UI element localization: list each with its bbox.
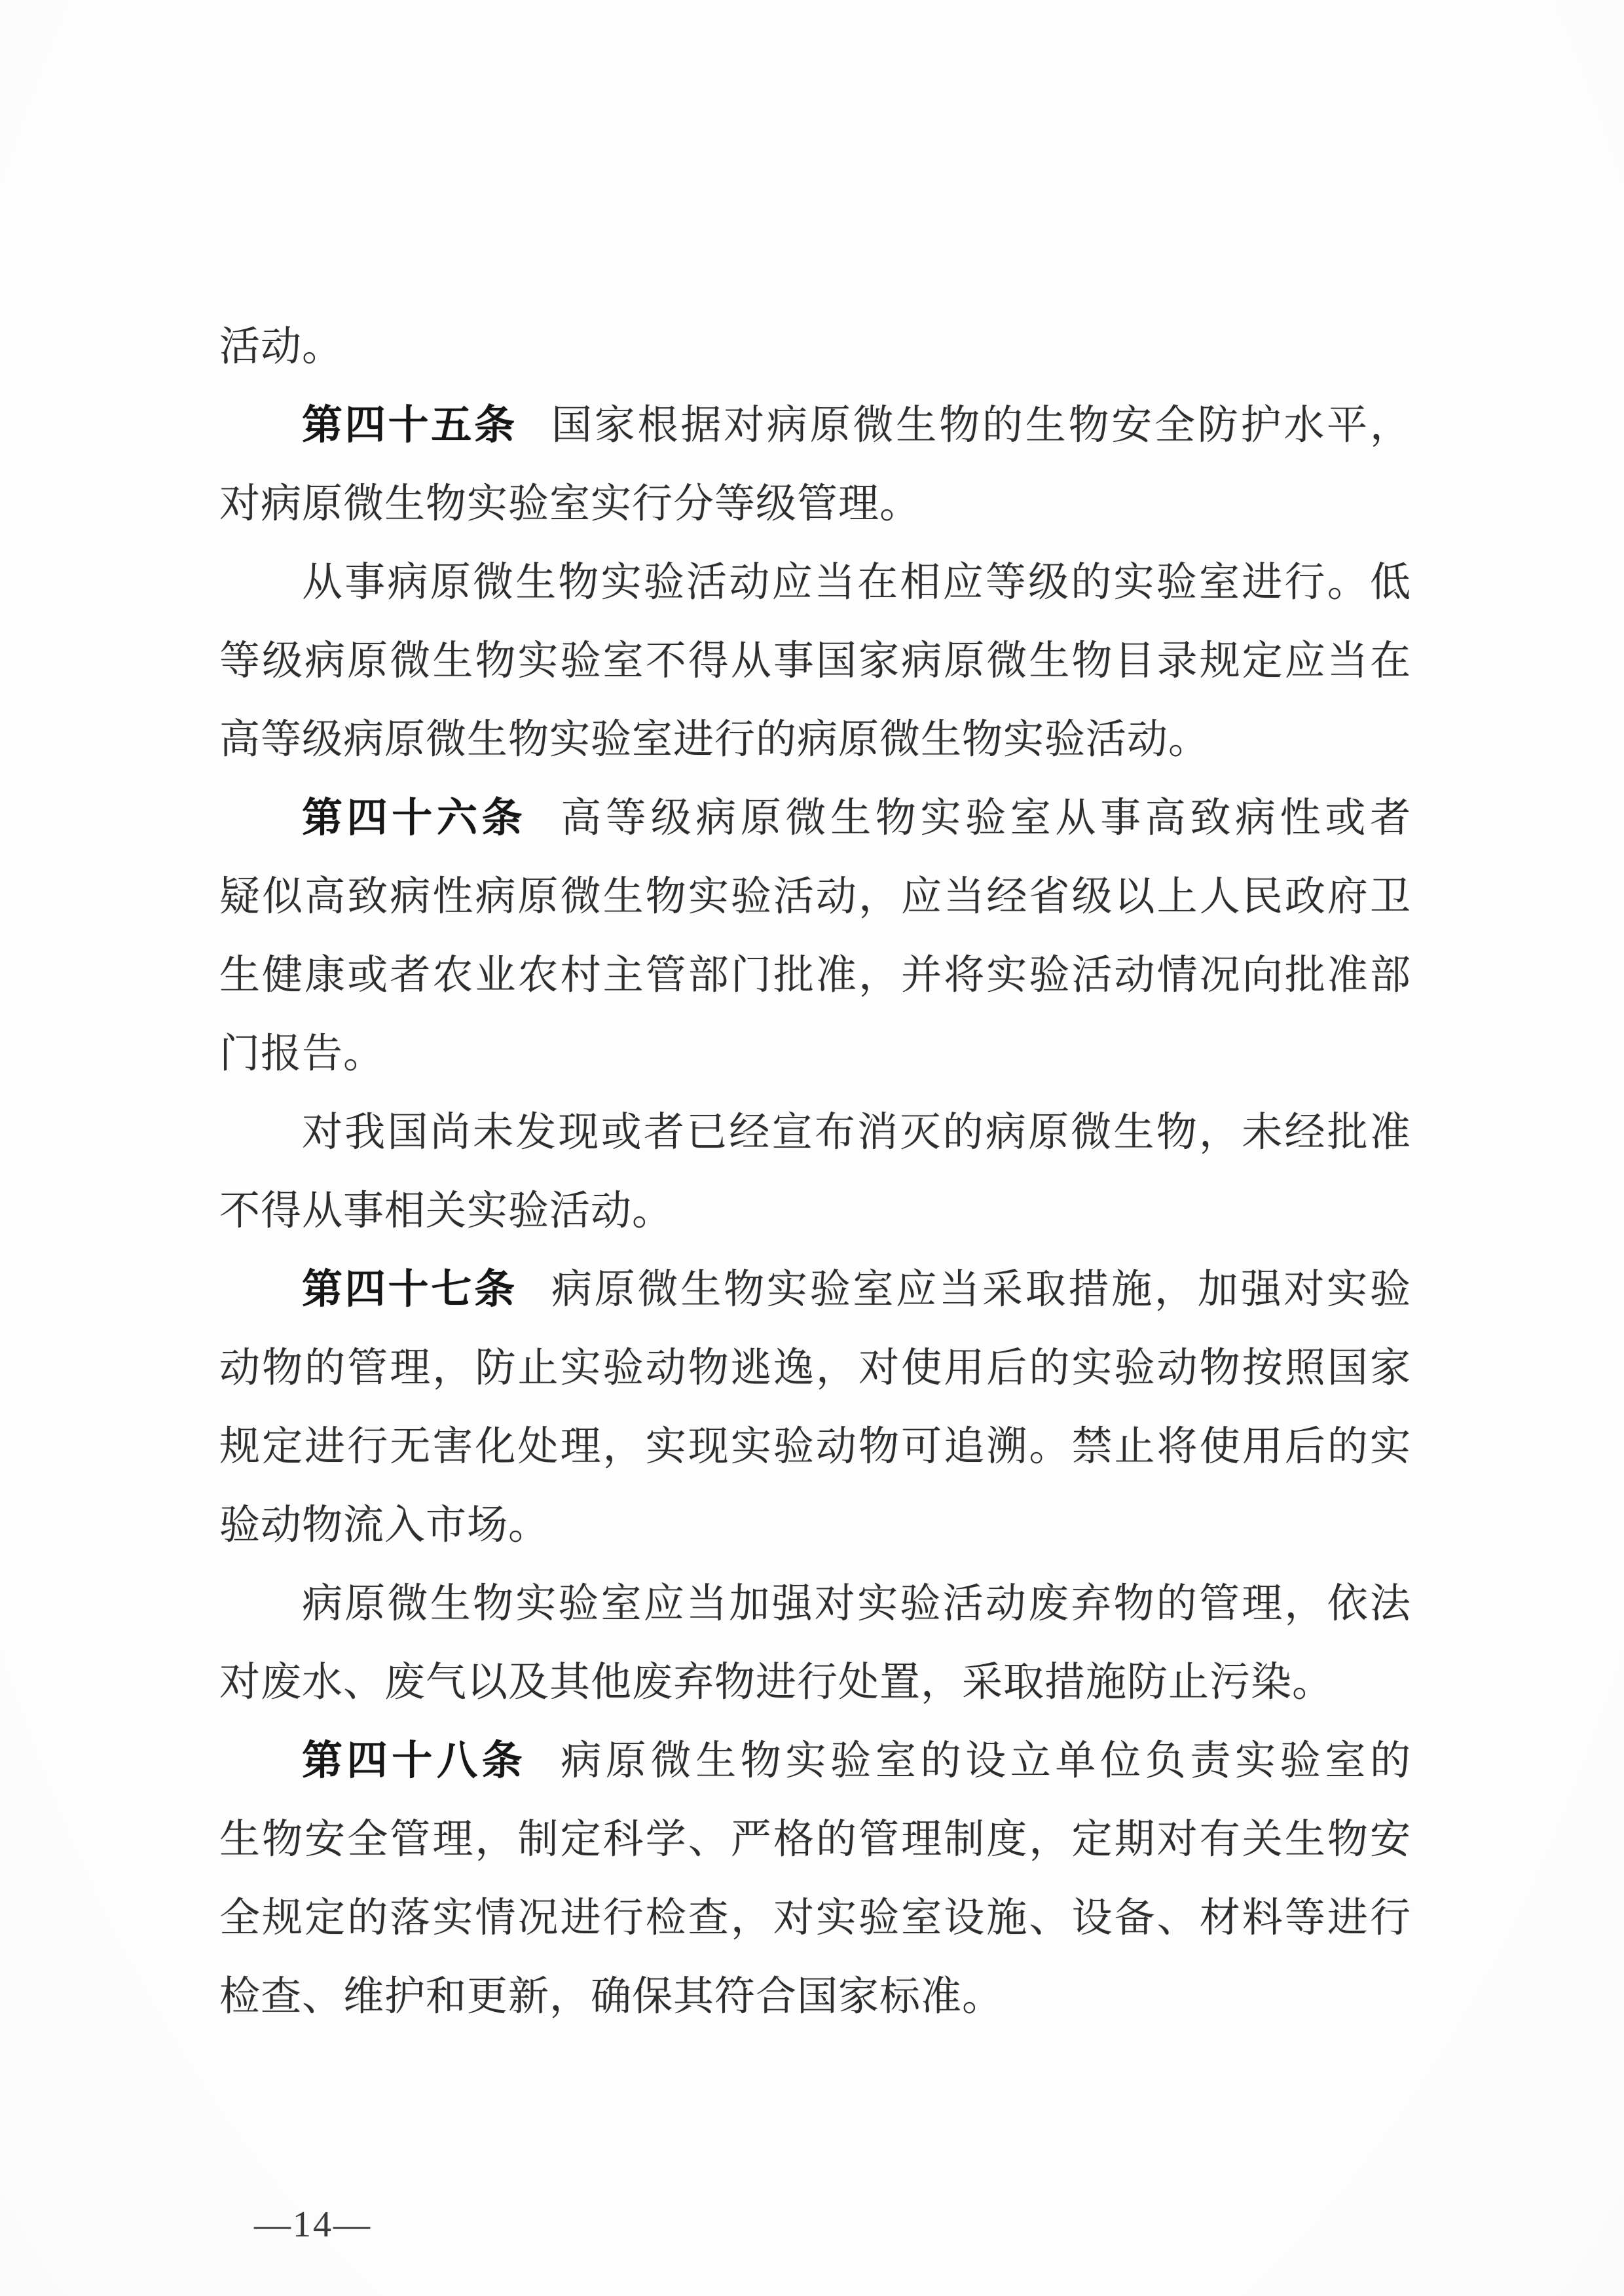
text-line: 病原微生物实验室应当加强对实验活动废弃物的管理，依法 xyxy=(219,1565,1411,1643)
text-line: 生健康或者农业农村主管部门批准，并将实验活动情况向批准部 xyxy=(219,936,1411,1015)
page-number: —14— xyxy=(254,2198,372,2251)
line-text: 验动物流入市场。 xyxy=(219,1503,549,1548)
text-line: 活动。 xyxy=(219,308,1411,386)
text-line: 生物安全管理，制定科学、严格的管理制度，定期对有关生物安 xyxy=(219,1800,1411,1879)
text-line: 验动物流入市场。 xyxy=(219,1486,1411,1565)
line-text: 动物的管理，防止实验动物逃逸，对使用后的实验动物按照国家 xyxy=(219,1346,1411,1391)
text-line: 对病原微生物实验室实行分等级管理。 xyxy=(219,465,1411,543)
article-heading: 第四十五条 xyxy=(302,403,517,448)
line-text: 对病原微生物实验室实行分等级管理。 xyxy=(219,482,921,526)
text-line: 第四十七条病原微生物实验室应当采取措施，加强对实验 xyxy=(219,1250,1411,1329)
line-text: 高等级病原微生物实验室从事高致病性或者 xyxy=(561,796,1411,841)
text-line: 第四十五条国家根据对病原微生物的生物安全防护水平， xyxy=(219,386,1411,465)
line-text: 国家根据对病原微生物的生物安全防护水平， xyxy=(551,403,1411,448)
line-text: 对我国尚未发现或者已经宣布消灭的病原微生物，未经批准 xyxy=(302,1110,1411,1155)
text-line: 等级病原微生物实验室不得从事国家病原微生物目录规定应当在 xyxy=(219,622,1411,701)
scanned-page: 活动。第四十五条国家根据对病原微生物的生物安全防护水平，对病原微生物实验室实行分… xyxy=(0,0,1624,2296)
line-text: 活动。 xyxy=(219,325,343,369)
text-line: 不得从事相关实验活动。 xyxy=(219,1172,1411,1250)
line-text: 检查、维护和更新，确保其符合国家标准。 xyxy=(219,1975,1003,2019)
line-text: 病原微生物实验室的设立单位负责实验室的 xyxy=(561,1739,1411,1783)
text-line: 门报告。 xyxy=(219,1015,1411,1093)
text-line: 全规定的落实情况进行检查，对实验室设施、设备、材料等进行 xyxy=(219,1879,1411,1958)
line-text: 生健康或者农业农村主管部门批准，并将实验活动情况向批准部 xyxy=(219,953,1411,998)
line-text: 规定进行无害化处理，实现实验动物可追溯。禁止将使用后的实 xyxy=(219,1425,1411,1469)
text-line: 第四十六条高等级病原微生物实验室从事高致病性或者 xyxy=(219,779,1411,858)
text-line: 动物的管理，防止实验动物逃逸，对使用后的实验动物按照国家 xyxy=(219,1329,1411,1408)
text-line: 第四十八条病原微生物实验室的设立单位负责实验室的 xyxy=(219,1722,1411,1800)
article-heading: 第四十八条 xyxy=(302,1738,526,1783)
text-line: 对我国尚未发现或者已经宣布消灭的病原微生物，未经批准 xyxy=(219,1093,1411,1172)
line-text: 不得从事相关实验活动。 xyxy=(219,1189,673,1233)
line-text: 从事病原微生物实验活动应当在相应等级的实验室进行。低 xyxy=(302,560,1411,605)
line-text: 生物安全管理，制定科学、严格的管理制度，定期对有关生物安 xyxy=(219,1817,1411,1862)
line-text: 疑似高致病性病原微生物实验活动，应当经省级以上人民政府卫 xyxy=(219,875,1411,919)
text-line: 规定进行无害化处理，实现实验动物可追溯。禁止将使用后的实 xyxy=(219,1408,1411,1486)
line-text: 门报告。 xyxy=(219,1032,384,1076)
line-text: 病原微生物实验室应当采取措施，加强对实验 xyxy=(551,1267,1411,1312)
text-line: 对废水、废气以及其他废弃物进行处置，采取措施防止污染。 xyxy=(219,1643,1411,1722)
line-text: 等级病原微生物实验室不得从事国家病原微生物目录规定应当在 xyxy=(219,639,1411,683)
document-text: 活动。第四十五条国家根据对病原微生物的生物安全防护水平，对病原微生物实验室实行分… xyxy=(219,308,1411,2036)
article-heading: 第四十七条 xyxy=(302,1267,517,1312)
line-text: 全规定的落实情况进行检查，对实验室设施、设备、材料等进行 xyxy=(219,1896,1411,1941)
line-text: 对废水、废气以及其他废弃物进行处置，采取措施防止污染。 xyxy=(219,1660,1333,1705)
text-line: 从事病原微生物实验活动应当在相应等级的实验室进行。低 xyxy=(219,543,1411,622)
line-text: 高等级病原微生物实验室进行的病原微生物实验活动。 xyxy=(219,718,1209,762)
text-line: 疑似高致病性病原微生物实验活动，应当经省级以上人民政府卫 xyxy=(219,858,1411,936)
line-text: 病原微生物实验室应当加强对实验活动废弃物的管理，依法 xyxy=(302,1582,1411,1626)
article-heading: 第四十六条 xyxy=(302,795,526,841)
text-line: 高等级病原微生物实验室进行的病原微生物实验活动。 xyxy=(219,701,1411,779)
text-line: 检查、维护和更新，确保其符合国家标准。 xyxy=(219,1958,1411,2036)
